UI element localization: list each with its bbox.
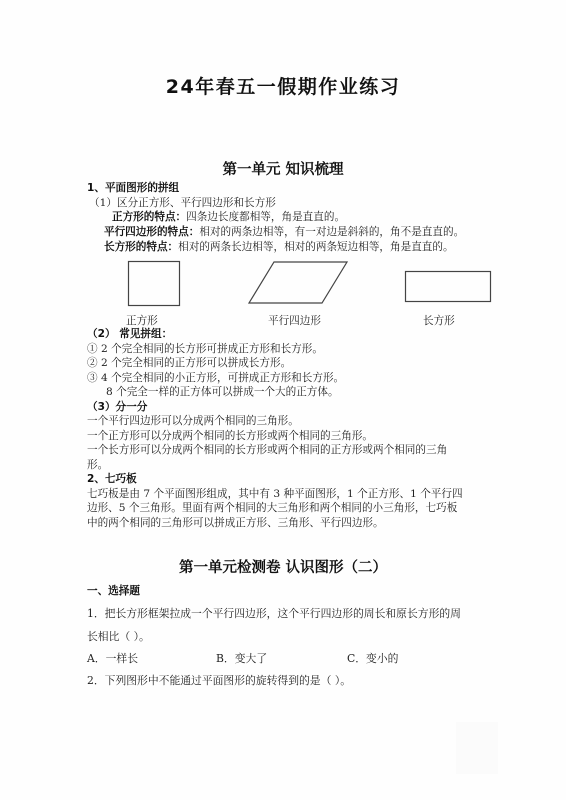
combo-item: ③ 4 个完全相同的小正方形，可拼成正方形和长方形。 (87, 371, 344, 385)
divide-line: 一个长方形可以分成两个相同的长方形或两个相同的正方形或两个相同的三角 (87, 443, 447, 457)
question-1-line-2: 长相比（ ）。 (87, 629, 150, 644)
shape-figures (0, 0, 566, 330)
rectangle-figure (406, 272, 491, 302)
divide-line: 一个平行四边形可以分成两个相同的三角形。 (87, 414, 299, 428)
q1-option-a: A．一样长 (87, 651, 138, 666)
combo-item: ② 2 个完全相同的正方形可以拼成长方形。 (87, 356, 291, 370)
test-section-title: 一、选择题 (87, 584, 140, 598)
combo-item: 8 个完全一样的正方体可以拼成一个大的正方体。 (106, 385, 339, 399)
subsection-1-2: （2） 常见拼组： (87, 327, 172, 341)
test-heading: 第一单元检测卷 认识图形（二） (0, 556, 566, 577)
faint-corner-mark (456, 722, 498, 774)
tangram-line: 中的两个相同的三角形可以拼成正方形、三角形、平行四边形。 (87, 516, 384, 530)
square-figure (129, 262, 180, 306)
combo-item: ① 2 个完全相同的长方形可拼成正方形和长方形。 (87, 342, 323, 356)
subsection-1-3: （3）分一分 (87, 400, 147, 414)
caption-square: 正方形 (126, 313, 158, 328)
q1-option-c: C．变小的 (347, 651, 398, 666)
divide-line: 形。 (87, 458, 108, 472)
parallelogram-figure (249, 262, 347, 303)
tangram-line: 边形、5 个三角形。里面有两个相同的大三角形和两个相同的小三角形，七巧板 (87, 501, 457, 515)
caption-parallelogram: 平行四边形 (268, 313, 321, 328)
caption-rectangle: 长方形 (423, 313, 455, 328)
question-1-line-1: 1．把长方形框架拉成一个平行四边形，这个平行四边形的周长和原长方形的周 (87, 606, 461, 621)
section-2-title: 2、七巧板 (87, 472, 137, 486)
tangram-line: 七巧板是由 7 个平面图形组成，其中有 3 种平面图形，1 个正方形、1 个平行… (87, 487, 463, 501)
question-2: 2．下列图形中不能通过平面图形的旋转得到的是（ ）。 (87, 673, 351, 688)
divide-line: 一个正方形可以分成两个相同的长方形或两个相同的三角形。 (87, 429, 373, 443)
q1-option-b: B．变大了 (216, 651, 267, 666)
